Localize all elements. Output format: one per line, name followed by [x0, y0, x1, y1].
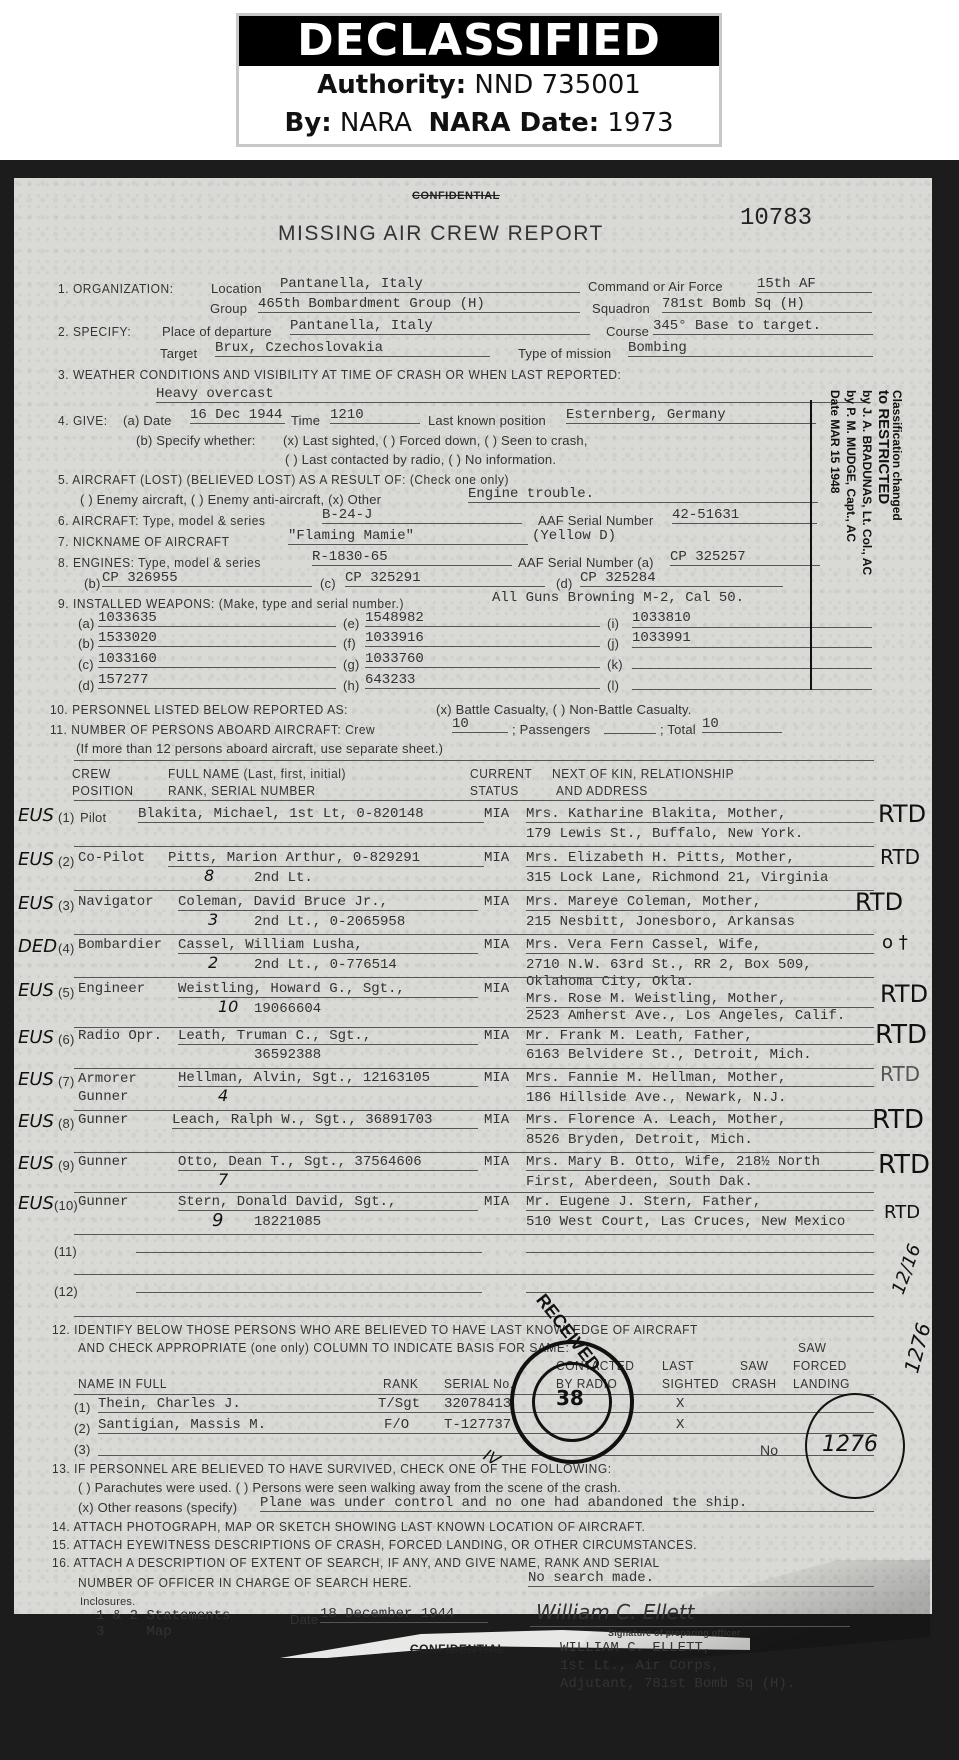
signature: William C. Ellett — [536, 1600, 695, 1624]
section6-label: 6. AIRCRAFT: Type, model & series — [58, 513, 265, 528]
weapon-serial: 1033916 — [365, 630, 600, 647]
crew-name-2: 2nd Lt. — [254, 870, 313, 886]
col-status-1: CURRENT — [470, 766, 532, 781]
weapon-key: (b) — [78, 636, 95, 651]
officer-rank: 1st Lt., Air Corps, — [560, 1658, 720, 1674]
stamp-line-4: by P. M. MUDGE, Capt., AC — [844, 390, 858, 542]
weapon-serial: 1548982 — [365, 610, 600, 627]
crew-mark: EUS — [18, 893, 54, 914]
col-position-1: CREW — [72, 766, 111, 781]
crew-kin-1: Mrs. Vera Fern Cassel, Wife, — [526, 937, 874, 954]
weapons-make: All Guns Browning M-2, Cal 50. — [492, 590, 744, 606]
cause-other-value: Engine trouble. — [468, 486, 818, 503]
crew-mark: EUS — [18, 1069, 54, 1090]
course-value: 345° Base to target. — [653, 318, 873, 335]
crew-mark: EUS — [18, 980, 54, 1001]
footer-date-label: Date — [290, 1612, 318, 1627]
engine-b-value: CP 326955 — [102, 570, 312, 587]
crew-no: (6) — [58, 1032, 75, 1047]
weapon-serial: 157277 — [98, 672, 336, 689]
crew-name: Blakita, Michael, 1st Lt, 0-820148 — [138, 806, 484, 823]
section1-label: 1. ORGANIZATION: — [58, 281, 174, 296]
crew-kin-2: 186 Hillside Ave., Newark, N.J. — [526, 1090, 786, 1106]
crew-status: MIA — [484, 894, 509, 910]
crew-kin-1: Mrs. Rose M. Weistling, Mother, — [526, 991, 874, 1008]
location-label: Location — [211, 281, 262, 296]
crew-name: Leach, Ralph W., Sgt., 36891703 — [172, 1112, 478, 1129]
crew-name-2: 18221085 — [254, 1214, 321, 1230]
weapon-serial: 1033760 — [365, 651, 600, 668]
weapon-key: (h) — [343, 678, 360, 693]
survival-other-label: (x) Other reasons (specify) — [78, 1500, 237, 1515]
crew-position: Gunner — [78, 1154, 128, 1170]
target-value: Brux, Czechoslovakia — [215, 340, 490, 357]
witness-last-sighted: X — [676, 1417, 684, 1433]
section7-label: 7. NICKNAME OF AIRCRAFT — [58, 534, 230, 549]
crew-hand-number: 2 — [208, 953, 218, 972]
crew-count: 10 — [452, 716, 508, 733]
inclosure-1: 1 & 2 Statements — [96, 1608, 230, 1624]
col-saw-crash-1: SAW — [740, 1358, 768, 1373]
position-label: Last known position — [428, 413, 546, 428]
crew-note: RTD — [880, 845, 920, 869]
witness-serial: 32078413 — [444, 1396, 511, 1412]
crew-note: RTD — [872, 1105, 924, 1135]
weapon-key: (e) — [343, 616, 360, 631]
crew-hand-number: 9 — [212, 1210, 223, 1231]
engine-d-value: CP 325284 — [580, 570, 783, 587]
weapon-key: (l) — [607, 678, 619, 693]
section10-label: 10. PERSONNEL LISTED BELOW REPORTED AS: — [50, 702, 348, 717]
weapon-key: (f) — [343, 636, 356, 651]
crew-note: RTD — [878, 1150, 930, 1180]
crew-no: (3) — [58, 898, 75, 913]
crew-no: (7) — [58, 1074, 75, 1089]
crew-mark: EUS — [18, 1153, 54, 1174]
engine-d-label: (d) — [556, 576, 573, 591]
weapon-key: (c) — [78, 657, 94, 672]
col-kin-2: AND ADDRESS — [556, 783, 648, 798]
crew-kin-2: 510 West Court, Las Cruces, New Mexico — [526, 1214, 845, 1230]
cause-options: ( ) Enemy aircraft, ( ) Enemy anti-aircr… — [80, 492, 381, 507]
departure-value: Pantanella, Italy — [290, 318, 590, 335]
group-value: 465th Bombardment Group (H) — [258, 296, 580, 313]
crew-no: (2) — [58, 854, 75, 869]
crew-mark: DED — [18, 936, 57, 957]
witness-no: (3) — [74, 1442, 91, 1457]
col-saw-crash-2: CRASH — [732, 1376, 777, 1391]
crew-status: MIA — [484, 850, 509, 866]
weapon-serial: 1033160 — [98, 651, 336, 668]
crew-status: MIA — [484, 981, 509, 997]
witness-rank: F/O — [384, 1417, 409, 1433]
section9-label: 9. INSTALLED WEAPONS: (Make, type and se… — [58, 596, 404, 611]
command-label: Command or Air Force — [588, 279, 723, 294]
no-label: No — [760, 1442, 778, 1458]
crew-mark: EUS — [18, 1193, 54, 1214]
aircraft-serial-label: AAF Serial Number — [538, 513, 653, 528]
stamp-frame — [810, 400, 812, 690]
aircraft-serial-value: 42-51631 — [672, 507, 817, 524]
inclosure-2: 3 Map — [96, 1624, 172, 1640]
crew-hand-number: 8 — [204, 866, 214, 885]
crew-position: Gunner — [78, 1112, 128, 1128]
departure-label: Place of departure — [162, 324, 272, 339]
nickname-note: (Yellow D) — [532, 528, 616, 544]
crew-name-2: 2nd Lt., 0-776514 — [254, 957, 397, 973]
engine-type-value: R-1830-65 — [312, 549, 512, 566]
crew-kin-1: Mrs. Katharine Blakita, Mother, — [526, 806, 874, 823]
crew-no: (1) — [58, 810, 75, 825]
crew-status: MIA — [484, 937, 509, 953]
crew-kin-1: Mrs. Fannie M. Hellman, Mother, — [526, 1070, 874, 1087]
signature-label: Signature of preparing officer — [608, 1628, 741, 1638]
specify-options-2: ( ) Last contacted by radio, ( ) No info… — [285, 452, 556, 467]
witness-last-sighted: X — [676, 1396, 684, 1412]
crew-hand-number: 4 — [218, 1086, 228, 1105]
crew-kin-2: 215 Nesbitt, Jonesboro, Arkansas — [526, 914, 795, 930]
crew-kin-2: 315 Lock Lane, Richmond 21, Virginia — [526, 870, 828, 886]
crew-kin-2: 8526 Bryden, Detroit, Mich. — [526, 1132, 753, 1148]
crew-mark: EUS — [18, 805, 54, 826]
footer-date-value: 18 December 1944 — [320, 1606, 488, 1623]
date-value: 16 Dec 1944 — [190, 407, 285, 424]
crew-name-2: 19066604 — [254, 1001, 321, 1017]
mission-label: Type of mission — [518, 346, 611, 361]
section12-label-1: 12. IDENTIFY BELOW THOSE PERSONS WHO ARE… — [52, 1322, 698, 1337]
crew-no: (8) — [58, 1116, 75, 1131]
crew-kin-1: Mr. Eugene J. Stern, Father, — [526, 1194, 874, 1211]
col-kin-1: NEXT OF KIN, RELATIONSHIP — [552, 766, 734, 781]
weapon-key: (a) — [78, 616, 95, 631]
total-count: 10 — [702, 716, 782, 733]
crew-status: MIA — [484, 1112, 509, 1128]
col-last-1: LAST — [662, 1358, 694, 1373]
crew-status: MIA — [484, 1154, 509, 1170]
crew-no: (5) — [58, 985, 75, 1000]
section3-label: 3. WEATHER CONDITIONS AND VISIBILITY AT … — [58, 367, 621, 382]
time-value: 1210 — [330, 407, 420, 424]
group-label: Group — [210, 301, 247, 316]
section5-label: 5. AIRCRAFT (LOST) (BELIEVED LOST) AS A … — [58, 472, 509, 487]
crew-position: Gunner — [78, 1194, 128, 1210]
weapon-key: (i) — [607, 616, 619, 631]
page-title: MISSING AIR CREW REPORT — [278, 222, 604, 246]
survival-options: ( ) Parachutes were used. ( ) Persons we… — [78, 1480, 621, 1495]
crew-name: Leath, Truman C., Sgt., — [178, 1028, 478, 1045]
col-last-2: SIGHTED — [662, 1376, 719, 1391]
circle-stamp-number: 38 — [556, 1386, 584, 1410]
crew-status: MIA — [484, 806, 509, 822]
col-saw-forced-2: FORCED — [793, 1358, 847, 1373]
officer-name: WILLIAM C. ELLETT, — [560, 1640, 711, 1656]
engine-c-value: CP 325291 — [345, 570, 545, 587]
witness-no: (2) — [74, 1421, 91, 1436]
crew-note: RTD — [855, 888, 903, 916]
crew-name-2: 2nd Lt., 0-2065958 — [254, 914, 405, 930]
aircraft-type-value: B-24-J — [322, 507, 522, 524]
engine-a-value: CP 325257 — [670, 549, 820, 566]
weapon-serial: 1033635 — [98, 610, 336, 627]
section12-label-2: AND CHECK APPROPRIATE (one only) COLUMN … — [78, 1340, 569, 1355]
weather-value: Heavy overcast — [156, 386, 871, 403]
crew-hand-number: 7 — [218, 1170, 228, 1189]
crew-kin-1: Mrs. Mareye Coleman, Mother, — [526, 894, 874, 911]
passengers-label: ; Passengers — [512, 722, 590, 737]
officer-title: Adjutant, 781st Bomb Sq (H). — [560, 1676, 795, 1692]
engine-c-label: (c) — [320, 576, 336, 591]
nickname-value: "Flaming Mamie" — [288, 528, 528, 545]
stamp-line-5: Date MAR 15 1948 — [828, 390, 842, 493]
crew-note: RTD — [884, 1202, 920, 1223]
crew-position: Radio Opr. — [78, 1028, 162, 1044]
crew-name: Stern, Donald David, Sgt., — [178, 1194, 478, 1211]
crew-mark: EUS — [18, 1111, 54, 1132]
declassified-heading: DECLASSIFIED — [239, 16, 719, 66]
crew-kin-2: 2710 N.W. 63rd St., RR 2, Box 509, Oklah… — [526, 957, 876, 991]
location-value: Pantanella, Italy — [280, 276, 580, 293]
report-number: 10783 — [740, 205, 812, 232]
stamp-line-2: to RESTRICTED — [876, 390, 890, 504]
crew-kin-2: 6163 Belvidere St., Detroit, Mich. — [526, 1047, 812, 1063]
crew-note: RTD — [880, 980, 928, 1008]
witness-rank: T/Sgt — [378, 1396, 420, 1412]
target-label: Target — [160, 346, 197, 361]
by-line: By: NARA NARA Date: 1973 — [239, 104, 719, 142]
crew-note: RTD — [878, 800, 926, 828]
crew-kin-2: 2523 Amherst Ave., Los Angeles, Calif. — [526, 1008, 845, 1024]
authority-line: Authority: NND 735001 — [239, 66, 719, 104]
crew-note: RTD — [880, 1062, 920, 1086]
search-value: No search made. — [528, 1570, 874, 1587]
crew-kin-2: 179 Lewis St., Buffalo, New York. — [526, 826, 803, 842]
section15-label: 15. ATTACH EYEWITNESS DESCRIPTIONS OF CR… — [52, 1537, 697, 1552]
section2-label: 2. SPECIFY: — [58, 324, 131, 339]
section16-label-2: NUMBER OF OFFICER IN CHARGE OF SEARCH HE… — [78, 1575, 412, 1590]
crew-hand-number: 3 — [208, 910, 218, 929]
crew-no: (12) — [54, 1284, 78, 1299]
crew-hand-number: 10 — [218, 997, 238, 1016]
crew-note: o † — [882, 932, 908, 953]
crew-status: MIA — [484, 1194, 509, 1210]
col-saw-forced-3: LANDING — [793, 1376, 850, 1391]
total-label: ; Total — [660, 722, 696, 737]
engine-b-label: (b) — [84, 576, 101, 591]
crew-status: MIA — [484, 1028, 509, 1044]
col-name-in-full: NAME IN FULL — [78, 1376, 167, 1391]
crew-no: (4) — [58, 941, 75, 956]
crew-kin-2: First, Aberdeen, South Dak. — [526, 1174, 753, 1190]
col-status-2: STATUS — [470, 783, 519, 798]
specify-label: (b) Specify whether: — [136, 433, 256, 448]
inclosures-label: Inclosures. — [80, 1596, 135, 1608]
section11-note: (If more than 12 persons aboard aircraft… — [76, 741, 443, 756]
crew-name: Cassel, William Lusha, — [178, 937, 478, 954]
weapon-serial: 643233 — [365, 672, 600, 689]
specify-options-1: (x) Last sighted, ( ) Forced down, ( ) S… — [283, 433, 588, 448]
crew-kin-1: Mrs. Florence A. Leach, Mother, — [526, 1112, 874, 1129]
crew-name-2: 36592388 — [254, 1047, 321, 1063]
section13-label: 13. IF PERSONNEL ARE BELIEVED TO HAVE SU… — [52, 1461, 612, 1476]
crew-status: MIA — [484, 1070, 509, 1086]
classification-top: CONFIDENTIAL — [412, 190, 500, 202]
restricted-stamp: Classification changed to RESTRICTED by … — [810, 390, 910, 690]
col-name-1: FULL NAME (Last, first, initial) — [168, 766, 346, 781]
date-label: (a) Date — [123, 413, 172, 428]
squadron-value: 781st Bomb Sq (H) — [662, 296, 872, 313]
engine-serial-label: AAF Serial Number (a) — [518, 555, 654, 570]
crew-mark: EUS — [18, 1027, 54, 1048]
command-value: 15th AF — [757, 276, 872, 293]
witness-serial: T-127737 — [444, 1417, 511, 1433]
crew-position: Engineer — [78, 981, 145, 997]
weapon-key: (g) — [343, 657, 360, 672]
stamp-line-3: by J. A. BRADUNAS, Lt. Col., AC — [860, 390, 874, 575]
section14-label: 14. ATTACH PHOTOGRAPH, MAP OR SKETCH SHO… — [52, 1519, 645, 1534]
casualty-options: (x) Battle Casualty, ( ) Non-Battle Casu… — [436, 702, 692, 717]
time-label: Time — [291, 413, 320, 428]
crew-position: Pilot — [80, 810, 106, 825]
survival-other-value: Plane was under control and no one had a… — [260, 1495, 874, 1512]
section4-label: 4. GIVE: — [58, 413, 108, 428]
col-saw-forced-1: SAW — [798, 1340, 826, 1355]
stamp-line-1: Classification changed — [890, 390, 904, 521]
crew-no: (10) — [54, 1198, 78, 1213]
crew-name: Hellman, Alvin, Sgt., 12163105 — [178, 1070, 478, 1087]
crew-position: Navigator — [78, 894, 154, 910]
declassified-banner: DECLASSIFIED Authority: NND 735001 By: N… — [236, 13, 722, 147]
section11-label: 11. NUMBER OF PERSONS ABOARD AIRCRAFT: C… — [50, 722, 375, 737]
crew-position: Armorer Gunner — [78, 1070, 158, 1106]
mission-value: Bombing — [628, 340, 873, 357]
col-position-2: POSITION — [72, 783, 134, 798]
crew-kin-1: Mr. Frank M. Leath, Father, — [526, 1028, 874, 1045]
passengers-count — [604, 716, 656, 734]
section8-label: 8. ENGINES: Type, model & series — [58, 555, 261, 570]
weapon-key: (j) — [607, 636, 619, 651]
crew-name: Coleman, David Bruce Jr., — [178, 894, 478, 911]
squadron-label: Squadron — [592, 301, 650, 316]
crew-name: Pitts, Marion Arthur, 0-829291 — [168, 850, 484, 867]
classification-bottom: CONFIDENTIAL — [410, 1642, 505, 1656]
col-name-2: RANK, SERIAL NUMBER — [168, 783, 316, 798]
crew-kin-1: Mrs. Mary B. Otto, Wife, 218½ North — [526, 1154, 874, 1171]
col-rank: RANK — [383, 1376, 418, 1391]
weapon-key: (d) — [78, 678, 95, 693]
crew-position: Bombardier — [78, 937, 162, 953]
col-serial: SERIAL No. — [444, 1376, 514, 1391]
crew-note: RTD — [875, 1020, 927, 1050]
course-label: Course — [606, 324, 649, 339]
position-value: Esternberg, Germany — [566, 407, 816, 424]
crew-no: (11) — [54, 1244, 77, 1259]
crew-no: (9) — [58, 1158, 75, 1173]
right-circle-number: 1276 — [822, 1432, 878, 1457]
weapon-serial: 1533020 — [98, 630, 336, 647]
crew-kin-1: Mrs. Elizabeth H. Pitts, Mother, — [526, 850, 874, 867]
weapon-key: (k) — [607, 657, 623, 672]
section16-label-1: 16. ATTACH A DESCRIPTION OF EXTENT OF SE… — [52, 1555, 660, 1570]
crew-mark: EUS — [18, 849, 54, 870]
crew-position: Co-Pilot — [78, 850, 145, 866]
crew-name: Otto, Dean T., Sgt., 37564606 — [178, 1154, 478, 1171]
crew-name: Weistling, Howard G., Sgt., — [178, 981, 478, 998]
witness-no: (1) — [74, 1400, 91, 1415]
